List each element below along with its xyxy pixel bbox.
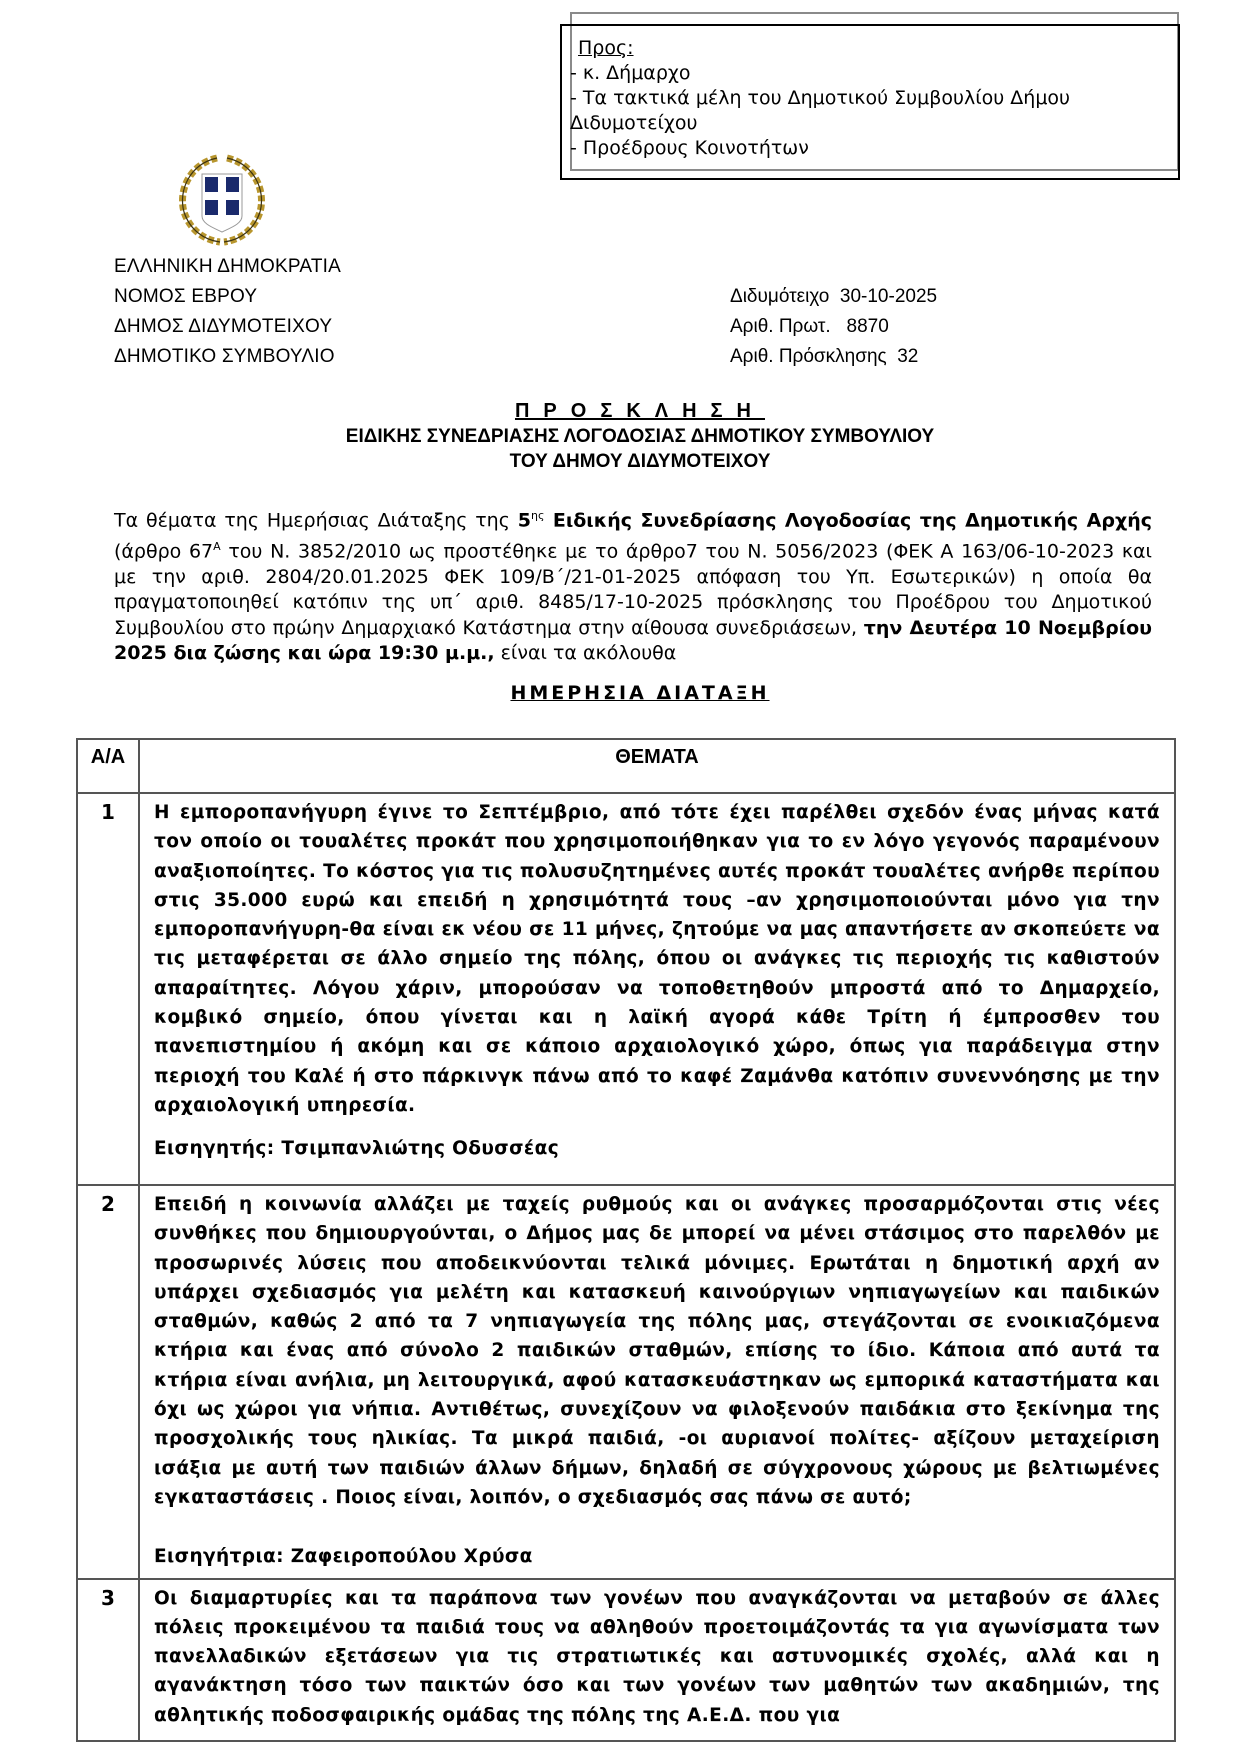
table-header-row: Α/Α ΘΕΜΑΤΑ bbox=[77, 739, 1175, 793]
document-meta: Διδυμότειχο 30-10-2025 Αριθ. Πρωτ. 8870 … bbox=[730, 282, 937, 372]
authority-line: ΕΛΛΗΝΙΚΗ ΔΗΜΟΚΡΑΤΙΑ bbox=[114, 252, 341, 282]
agenda-table: Α/Α ΘΕΜΑΤΑ 1 Η εμποροπανήγυρη έγινε το Σ… bbox=[76, 738, 1176, 1742]
invitation-number: Αριθ. Πρόσκλησης 32 bbox=[730, 342, 937, 372]
recipients-label: Προς: bbox=[570, 36, 1170, 61]
column-header-topics: ΘΕΜΑΤΑ bbox=[139, 739, 1175, 793]
recipient-line: - Προέδρους Κοινοτήτων bbox=[570, 136, 1170, 161]
intro-bold: 5 bbox=[518, 509, 531, 531]
table-row: 3 Οι διαμαρτυρίες και τα παράπονα των γο… bbox=[77, 1579, 1175, 1741]
table-row: 1 Η εμποροπανήγυρη έγινε το Σεπτέμβριο, … bbox=[77, 793, 1175, 1185]
recipient-line: - Τα τακτικά μέλη του Δημοτικού Συμβουλί… bbox=[570, 86, 1170, 136]
table-row: 2 Επειδή η κοινωνία αλλάζει με ταχείς ρυ… bbox=[77, 1185, 1175, 1579]
recipient-line: - κ. Δήμαρχο bbox=[570, 61, 1170, 86]
document-subtitle-2: ΤΟΥ ΔΗΜΟΥ ΔΙΔΥΜΟΤΕΙΧΟΥ bbox=[100, 449, 1180, 474]
topic-text: Η εμποροπανήγυρη έγινε το Σεπτέμβριο, απ… bbox=[154, 798, 1160, 1120]
agenda-title: ΗΜΕΡΗΣΙΑ ΔΙΑΤΑΞΗ bbox=[100, 682, 1180, 704]
intro-text: είναι τα ακόλουθα bbox=[495, 642, 677, 664]
document-subtitle: ΕΙΔΙΚΗΣ ΣΥΝΕΔΡΙΑΣΗΣ ΛΟΓΟΔΟΣΙΑΣ ΔΗΜΟΤΙΚΟΥ… bbox=[100, 424, 1180, 449]
row-number: 1 bbox=[77, 793, 139, 1185]
intro-sup: ης bbox=[531, 509, 544, 522]
document-title: ΠΡΟΣΚΛΗΣΗ bbox=[100, 398, 1180, 424]
rapporteur: Εισηγητής: Τσιμπανλιώτης Οδυσσέας bbox=[154, 1134, 1160, 1163]
intro-text: (άρθρο 67 bbox=[114, 540, 213, 562]
protocol-number: Αριθ. Πρωτ. 8870 bbox=[730, 312, 937, 342]
row-topic: Επειδή η κοινωνία αλλάζει με ταχείς ρυθμ… bbox=[139, 1185, 1175, 1579]
greek-coat-of-arms-icon bbox=[172, 150, 272, 250]
row-topic: Η εμποροπανήγυρη έγινε το Σεπτέμβριο, απ… bbox=[139, 793, 1175, 1185]
authority-line: ΔΗΜΟΣ ΔΙΔΥΜΟΤΕΙΧΟΥ bbox=[114, 312, 341, 342]
authority-line: ΝΟΜΟΣ ΕΒΡΟΥ bbox=[114, 282, 341, 312]
row-topic: Οι διαμαρτυρίες και τα παράπονα των γονέ… bbox=[139, 1579, 1175, 1741]
row-number: 2 bbox=[77, 1185, 139, 1579]
intro-text: Τα θέματα της Ημερήσιας Διάταξης της bbox=[114, 509, 518, 531]
intro-paragraph: Τα θέματα της Ημερήσιας Διάταξης της 5ης… bbox=[114, 503, 1152, 667]
column-header-number: Α/Α bbox=[77, 739, 139, 793]
rapporteur: Εισηγήτρια: Ζαφειροπούλου Χρύσα bbox=[154, 1542, 1160, 1571]
document-titles: ΠΡΟΣΚΛΗΣΗ ΕΙΔΙΚΗΣ ΣΥΝΕΔΡΙΑΣΗΣ ΛΟΓΟΔΟΣΙΑΣ… bbox=[100, 398, 1180, 474]
recipients-box: Προς: - κ. Δήμαρχο - Τα τακτικά μέλη του… bbox=[560, 24, 1180, 180]
intro-bold: Ειδικής Συνεδρίασης Λογοδοσίας της Δημοτ… bbox=[544, 509, 1152, 531]
issuing-authority: ΕΛΛΗΝΙΚΗ ΔΗΜΟΚΡΑΤΙΑ ΝΟΜΟΣ ΕΒΡΟΥ ΔΗΜΟΣ ΔΙ… bbox=[114, 252, 341, 372]
authority-line: ΔΗΜΟΤΙΚΟ ΣΥΜΒΟΥΛΙΟ bbox=[114, 342, 341, 372]
topic-text: Επειδή η κοινωνία αλλάζει με ταχείς ρυθμ… bbox=[154, 1190, 1160, 1512]
row-number: 3 bbox=[77, 1579, 139, 1741]
topic-text: Οι διαμαρτυρίες και τα παράπονα των γονέ… bbox=[154, 1584, 1160, 1730]
place-date: Διδυμότειχο 30-10-2025 bbox=[730, 282, 937, 312]
intro-sup: Α bbox=[213, 540, 221, 553]
